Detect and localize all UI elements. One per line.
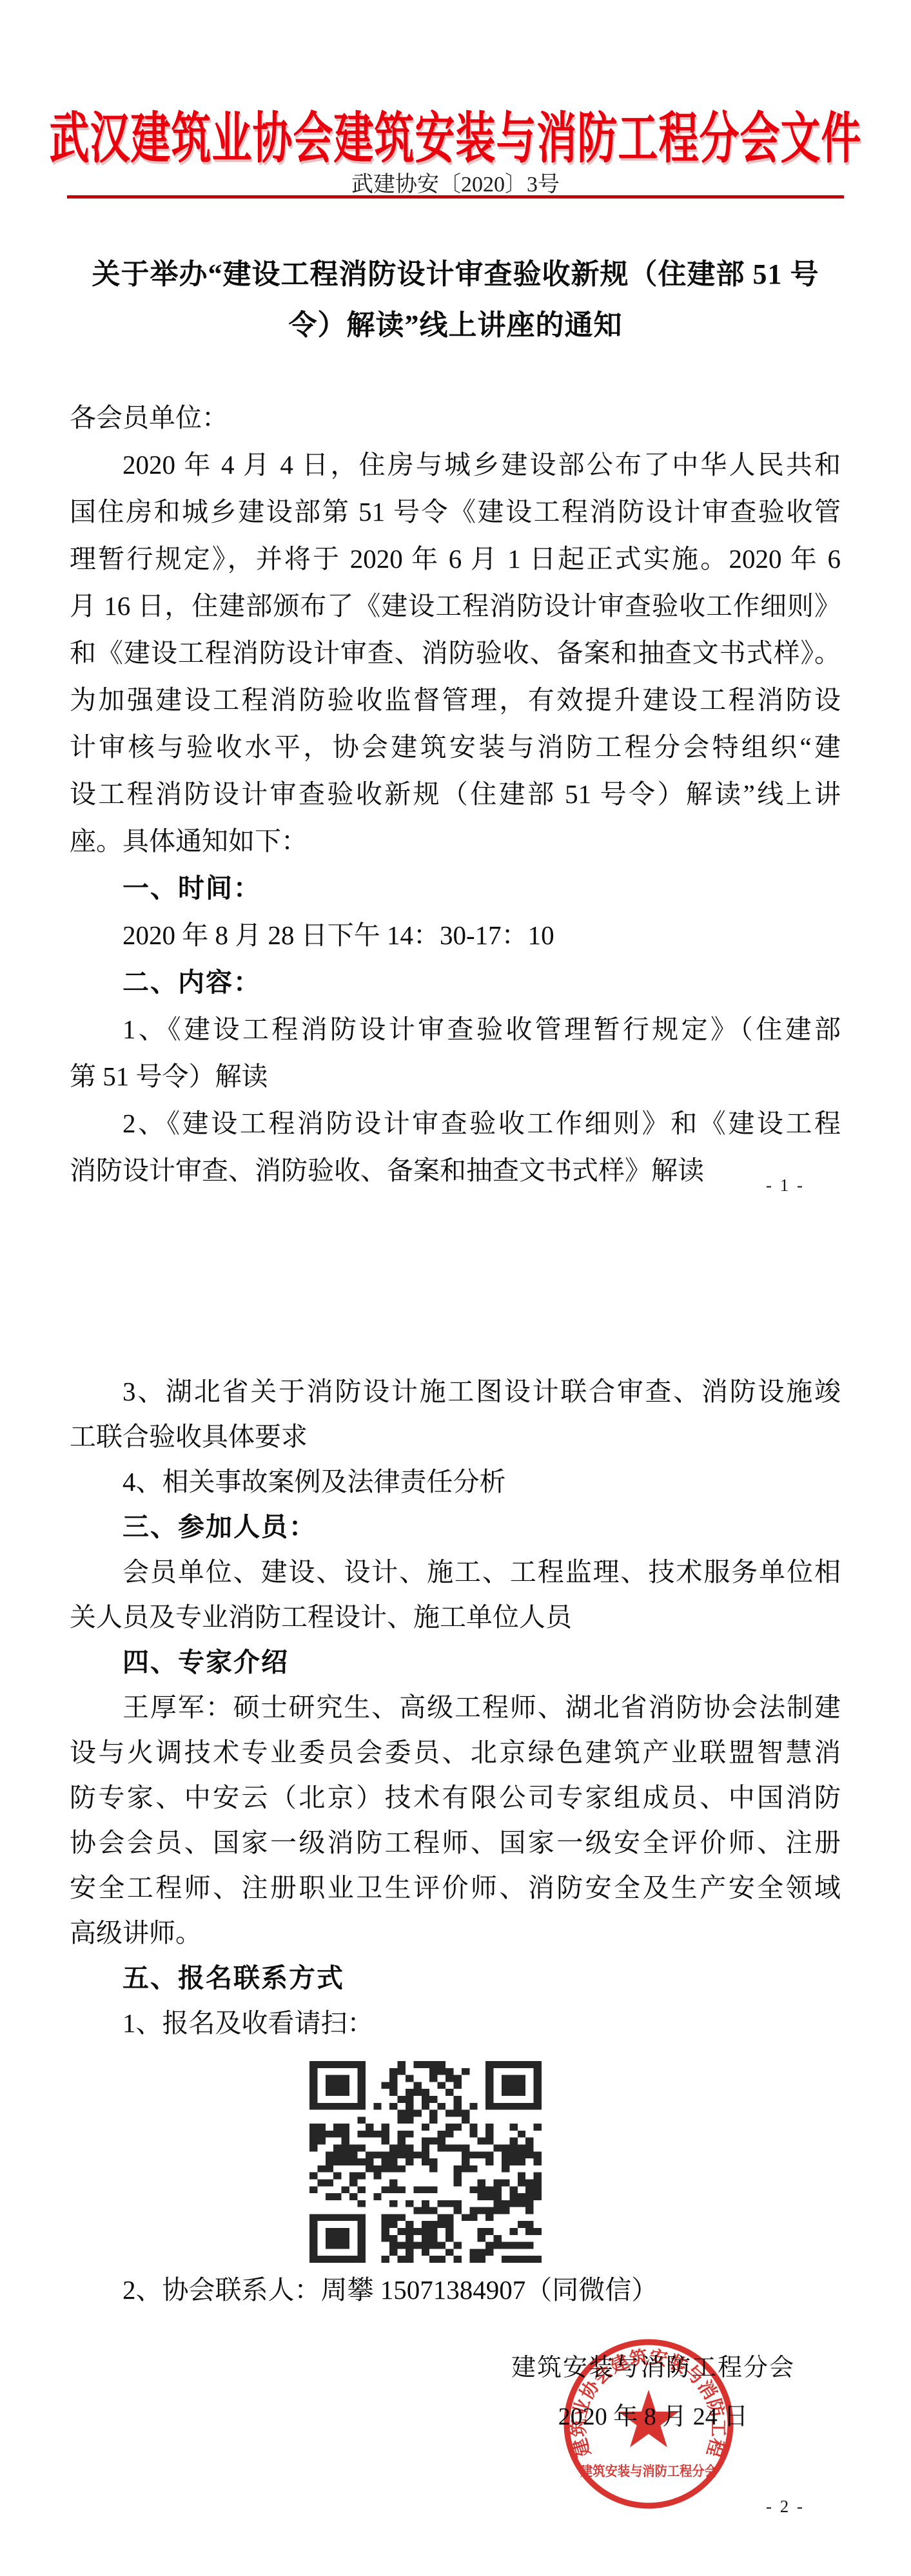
doc-line: 设与火调技术专业委员会委员、北京绿色建筑产业联盟智慧消 <box>70 1730 841 1775</box>
doc-line: 防专家、中安云（北京）技术有限公司专家组成员、中国消防 <box>70 1775 841 1820</box>
doc-number: 武建协安〔2020〕3号 <box>0 166 911 198</box>
doc-line: 五、报名联系方式 <box>70 1955 841 2000</box>
doc-line: 月 16 日，住建部颁布了《建设工程消防设计审查验收工作细则》 <box>70 583 841 630</box>
doc-line: 会员单位、建设、设计、施工、工程监理、技术服务单位相 <box>70 1549 841 1594</box>
doc-line: 理暂行规定》，并将于 2020 年 6 月 1 日起正式实施。2020 年 6 <box>70 536 841 583</box>
page1-number: - 1 - <box>766 1176 805 1196</box>
notice-title: 关于举办“建设工程消防设计审查验收新规（住建部 51 号 令）解读”线上讲座的通… <box>0 249 911 351</box>
doc-line: 一、时间： <box>70 865 841 912</box>
doc-line: 王厚军：硕士研究生、高级工程师、湖北省消防协会法制建 <box>70 1685 841 1730</box>
doc-line: 2、协会联系人：周攀 15071384907（同微信） <box>70 2267 841 2312</box>
page2-body-after-qr: 2、协会联系人：周攀 15071384907（同微信） <box>70 2267 841 2312</box>
doc-line: 消防设计审查、消防验收、备案和抽查文书式样》解读 <box>70 1147 841 1194</box>
doc-line: 2020 年 8 月 28 日下午 14：30-17：10 <box>70 912 841 959</box>
doc-line: 关人员及专业消防工程设计、施工单位人员 <box>70 1594 841 1640</box>
doc-line: 二、内容： <box>70 959 841 1006</box>
doc-line: 为加强建设工程消防验收监督管理，有效提升建设工程消防设 <box>70 677 841 724</box>
doc-line: 第 51 号令）解读 <box>70 1053 841 1100</box>
doc-line: 三、参加人员： <box>70 1504 841 1549</box>
notice-title-line2: 令）解读”线上讲座的通知 <box>0 300 911 351</box>
doc-line: 高级讲师。 <box>70 1910 841 1955</box>
notice-title-line1: 关于举办“建设工程消防设计审查验收新规（住建部 51 号 <box>0 249 911 300</box>
doc-line: 国住房和城乡建设部第 51 号令《建设工程消防设计审查验收管 <box>70 489 841 536</box>
doc-line: 4、相关事故案例及法律责任分析 <box>70 1459 841 1504</box>
official-seal-stamp: 武汉建筑业协会建筑安装与消防工程分会 建筑安装与消防工程分会 <box>560 2336 737 2512</box>
registration-qr-code <box>309 2061 542 2263</box>
doc-line: 工联合验收具体要求 <box>70 1414 841 1459</box>
doc-line: 计审核与验收水平，协会建筑安装与消防工程分会特组织“建 <box>70 724 841 771</box>
page1-body: 各会员单位：2020 年 4 月 4 日，住房与城乡建设部公布了中华人民共和国住… <box>70 394 841 1194</box>
page2-number: - 2 - <box>766 2497 805 2517</box>
doc-line: 座。具体通知如下： <box>70 818 841 865</box>
svg-text:武汉建筑业协会建筑安装与消防工程分会: 武汉建筑业协会建筑安装与消防工程分会 <box>560 2336 728 2459</box>
doc-line: 1、报名及收看请扫： <box>70 2000 841 2046</box>
doc-line: 四、专家介绍 <box>70 1640 841 1685</box>
red-divider-rule <box>67 195 844 199</box>
page2-body: 3、湖北省关于消防设计施工图设计联合审查、消防设施竣工联合验收具体要求4、相关事… <box>70 1369 841 2046</box>
seal-arc-text: 武汉建筑业协会建筑安装与消防工程分会 <box>560 2336 728 2459</box>
doc-line: 设工程消防设计审查验收新规（住建部 51 号令）解读”线上讲 <box>70 771 841 818</box>
doc-line: 2020 年 4 月 4 日，住房与城乡建设部公布了中华人民共和 <box>70 441 841 489</box>
doc-line: 和《建设工程消防设计审查、消防验收、备案和抽查文书式样》。 <box>70 630 841 677</box>
doc-line: 1、《建设工程消防设计审查验收管理暂行规定》（住建部 <box>70 1006 841 1053</box>
document-scan: 武汉建筑业协会建筑安装与消防工程分会文件 武建协安〔2020〕3号 关于举办“建… <box>0 0 911 2576</box>
doc-line: 安全工程师、注册职业卫生评价师、消防安全及生产安全领域 <box>70 1865 841 1910</box>
doc-line: 协会会员、国家一级消防工程师、国家一级安全评价师、注册 <box>70 1820 841 1865</box>
doc-line: 各会员单位： <box>70 394 841 441</box>
seal-star-icon <box>618 2390 679 2447</box>
seal-bottom-text: 建筑安装与消防工程分会 <box>580 2463 717 2479</box>
doc-line: 3、湖北省关于消防设计施工图设计联合审查、消防设施竣 <box>70 1369 841 1414</box>
letterhead-org-title: 武汉建筑业协会建筑安装与消防工程分会文件 <box>0 94 911 173</box>
doc-line: 2、《建设工程消防设计审查验收工作细则》和《建设工程 <box>70 1100 841 1147</box>
